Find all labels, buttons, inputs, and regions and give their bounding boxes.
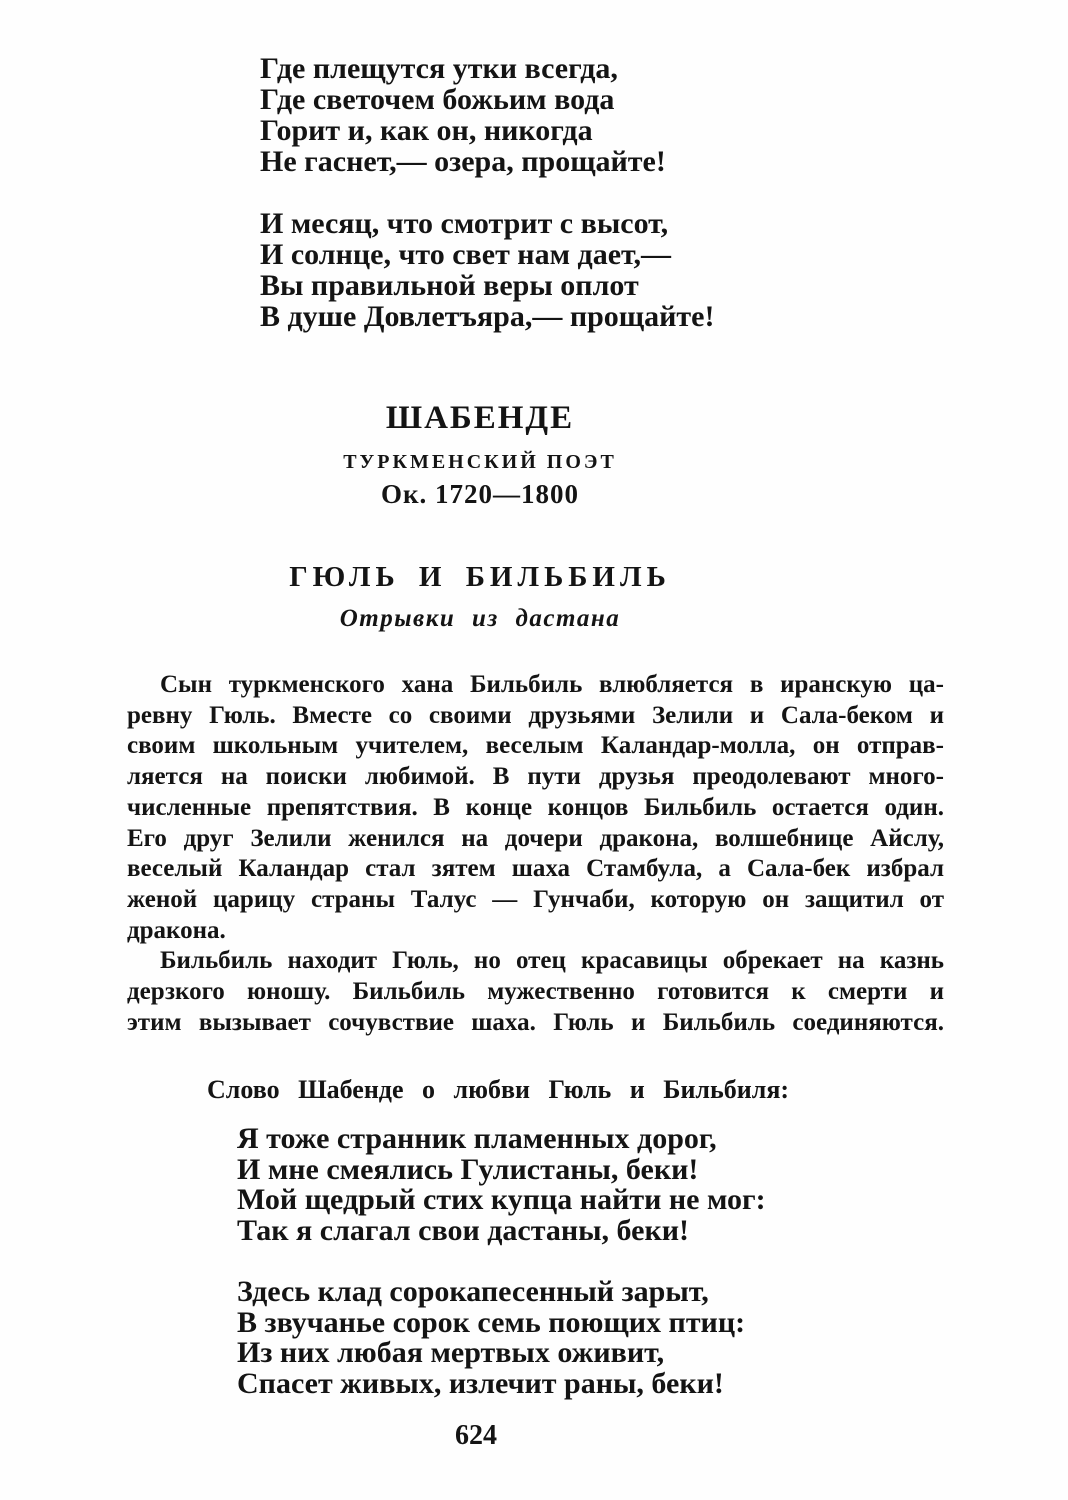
opening-stanzas: Где плещутся утки всегда,Где светочем бо…	[260, 53, 714, 332]
work-title: ГЮЛЬ И БИЛЬБИЛЬ	[0, 560, 960, 594]
verse-line: Мой щедрый стих купца найти не мог:	[237, 1185, 766, 1216]
verse-line: И мне смеялись Гулистаны, беки!	[237, 1155, 766, 1186]
stanza: И месяц, что смотрит с высот,И солнце, ч…	[260, 208, 714, 332]
verse-line: Где светочем божьим вода	[260, 84, 714, 115]
stanza: Где плещутся утки всегда,Где светочем бо…	[260, 53, 714, 177]
prose-line: Его друг Зелили женился на дочери дракон…	[127, 824, 944, 855]
verse-line: В звучанье сорок семь поющих птиц:	[237, 1308, 766, 1339]
prose-line: своим школьным учителем, веселым Каланда…	[127, 731, 944, 762]
verse-line: Я тоже странник пламенных дорог,	[237, 1124, 766, 1155]
closing-stanzas: Я тоже странник пламенных дорог,И мне см…	[237, 1124, 766, 1399]
prose-line: дерзкого юношу. Бильбиль мужественно гот…	[127, 977, 944, 1008]
quote-intro: Слово Шабенде о любви Гюль и Бильбиля:	[207, 1075, 789, 1105]
prose-line: веселый Каландар стал зятем шаха Стамбул…	[127, 854, 944, 885]
prose-line: этим вызывает сочувствие шаха. Гюль и Би…	[127, 1008, 944, 1039]
prose-line: численные препятствия. В конце концов Би…	[127, 793, 944, 824]
prose-line: ляется на поиски любимой. В пути друзья …	[127, 762, 944, 793]
verse-line: Здесь клад сорокапесенный зарыт,	[237, 1277, 766, 1308]
prose-line: Бильбиль находит Гюль, но отец красавицы…	[127, 946, 944, 977]
verse-line: Спасет живых, излечит раны, беки!	[237, 1369, 766, 1400]
verse-line: И солнце, что свет нам дает,—	[260, 239, 714, 270]
page-number: 624	[0, 1420, 952, 1452]
verse-line: И месяц, что смотрит с высот,	[260, 208, 714, 239]
work-subtitle: Отрывки из дастана	[0, 606, 960, 632]
verse-line: Где плещутся утки всегда,	[260, 53, 714, 84]
verse-line: В душе Довлетъяра,— прощайте!	[260, 301, 714, 332]
synopsis: Сын туркменского хана Бильбиль влюбляетс…	[127, 670, 944, 1038]
author-name: ШАБЕНДЕ	[0, 398, 960, 438]
author-descriptor: ТУРКМЕНСКИЙ ПОЭТ	[0, 450, 960, 474]
verse-line: Вы правильной веры оплот	[260, 270, 714, 301]
verse-line: Так я слагал свои дастаны, беки!	[237, 1216, 766, 1247]
verse-line: Из них любая мертвых оживит,	[237, 1338, 766, 1369]
prose-line: дракона.	[127, 916, 944, 947]
author-dates: Ок. 1720—1800	[0, 479, 960, 509]
prose-line: Сын туркменского хана Бильбиль влюбляетс…	[127, 670, 944, 701]
stanza: Я тоже странник пламенных дорог,И мне см…	[237, 1124, 766, 1246]
author-header: ШАБЕНДЕ ТУРКМЕНСКИЙ ПОЭТ Ок. 1720—1800	[0, 398, 960, 509]
verse-line: Горит и, как он, никогда	[260, 115, 714, 146]
verse-line: Не гаснет,— озера, прощайте!	[260, 146, 714, 177]
work-header: ГЮЛЬ И БИЛЬБИЛЬ Отрывки из дастана	[0, 560, 960, 632]
prose-line: ревну Гюль. Вместе со своими друзьями Зе…	[127, 701, 944, 732]
stanza: Здесь клад сорокапесенный зарыт,В звучан…	[237, 1277, 766, 1399]
book-page: Где плещутся утки всегда,Где светочем бо…	[0, 0, 1068, 1500]
prose-line: женой царицу страны Талус — Гунчаби, кот…	[127, 885, 944, 916]
